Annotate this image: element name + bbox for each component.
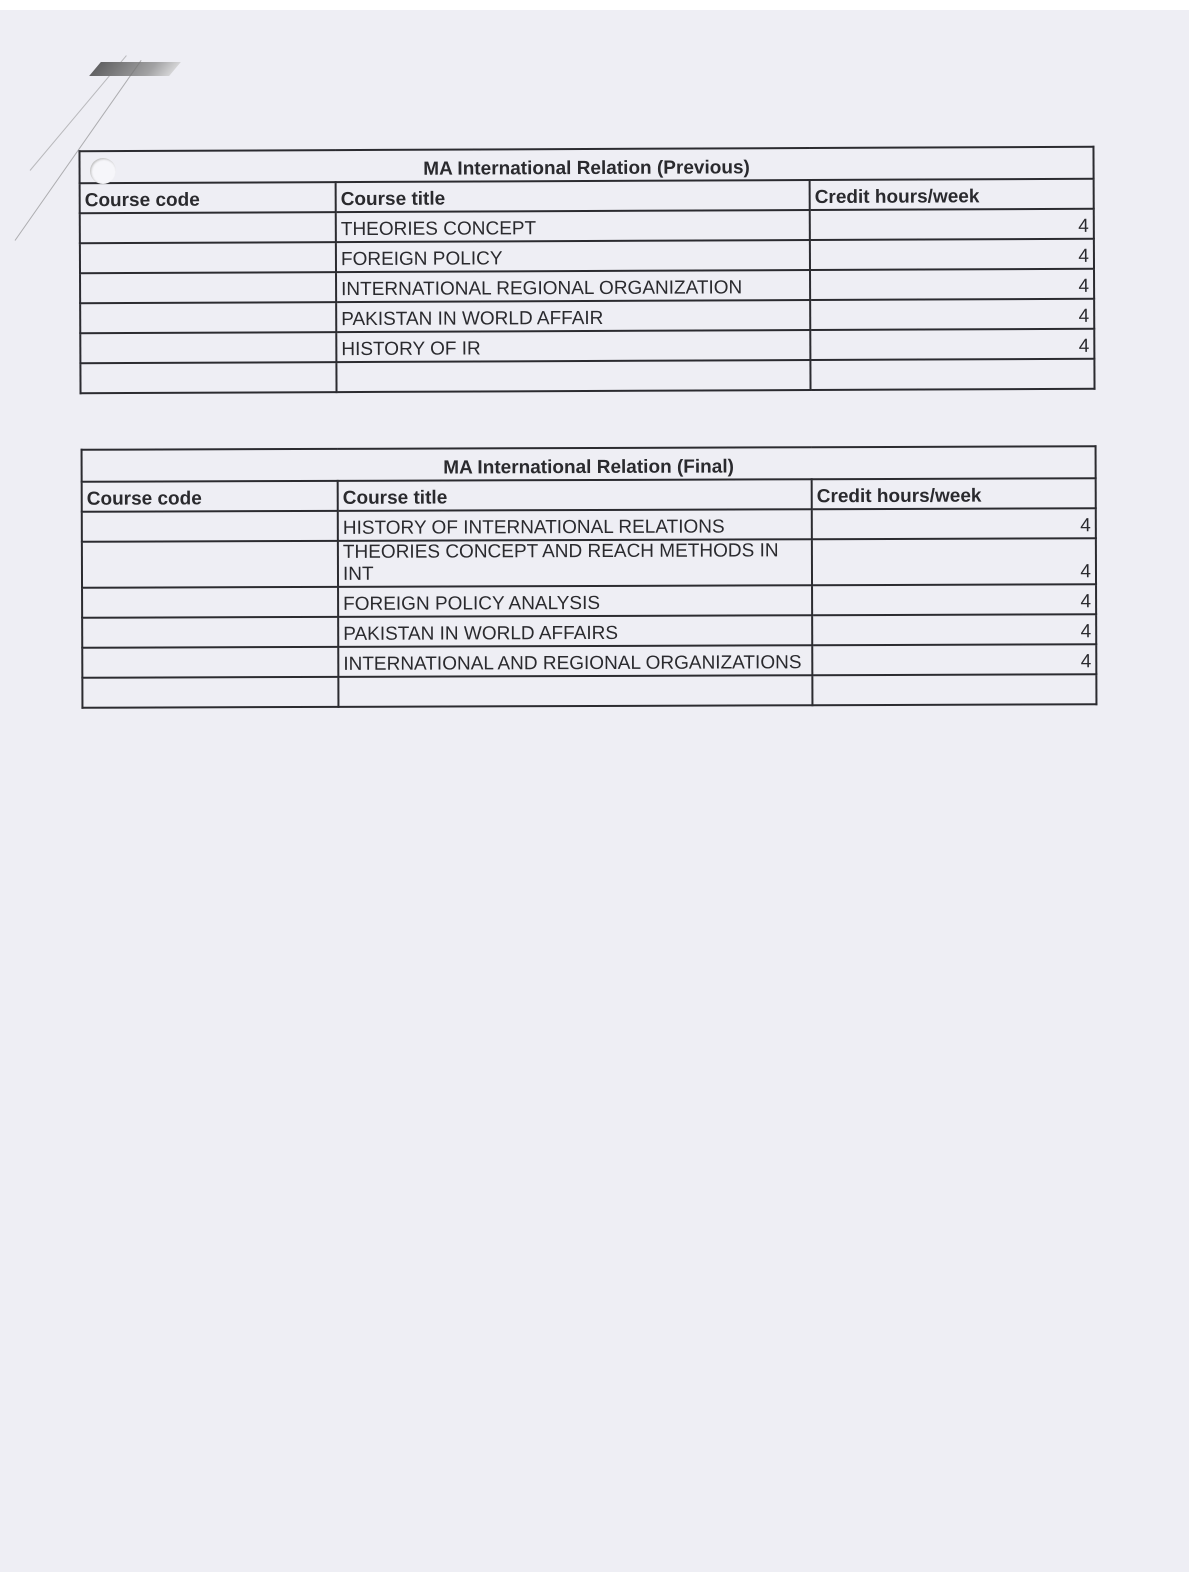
course-code-cell	[80, 272, 336, 303]
credit-hours-cell: 4	[812, 508, 1096, 539]
course-title-cell	[336, 360, 810, 392]
credit-hours-cell: 4	[812, 538, 1096, 585]
course-code-cell	[82, 617, 338, 648]
table-row	[80, 359, 1094, 393]
credit-hours-cell: 4	[810, 269, 1094, 300]
course-title-cell: INTERNATIONAL REGIONAL ORGANIZATION	[336, 270, 810, 302]
header-course-title: Course title	[336, 180, 810, 212]
table-row: PAKISTAN IN WORLD AFFAIRS 4	[82, 614, 1096, 648]
course-title-cell: FOREIGN POLICY ANALYSIS	[338, 585, 812, 617]
punch-hole	[90, 158, 116, 184]
course-title-cell: INTERNATIONAL AND REGIONAL ORGANIZATIONS	[338, 645, 812, 677]
header-credit-hours: Credit hours/week	[810, 179, 1094, 210]
course-table-final: MA International Relation (Final) Course…	[81, 445, 1098, 709]
course-code-cell	[82, 541, 338, 588]
course-title-cell	[338, 675, 812, 707]
credit-hours-cell: 4	[810, 329, 1094, 360]
table-row	[82, 674, 1096, 708]
course-code-cell	[80, 302, 336, 333]
table-row: PAKISTAN IN WORLD AFFAIR 4	[80, 299, 1094, 333]
table-body: MA International Relation (Final) Course…	[82, 446, 1097, 708]
credit-hours-cell: 4	[810, 209, 1094, 240]
table-title-row: MA International Relation (Final)	[82, 446, 1096, 482]
header-credit-hours: Credit hours/week	[812, 478, 1096, 509]
course-title-cell: HISTORY OF IR	[336, 330, 810, 362]
header-course-code: Course code	[80, 182, 336, 213]
course-code-cell	[82, 511, 338, 542]
credit-hours-cell: 4	[810, 299, 1094, 330]
course-title-cell: THEORIES CONCEPT AND REACH METHODS IN IN…	[338, 539, 812, 587]
course-code-cell	[82, 677, 338, 708]
table-row: FOREIGN POLICY ANALYSIS 4	[82, 584, 1096, 618]
credit-hours-cell: 4	[812, 584, 1096, 615]
course-title-cell: PAKISTAN IN WORLD AFFAIRS	[338, 615, 812, 647]
table-title: MA International Relation (Previous)	[79, 147, 1093, 183]
table-row: HISTORY OF IR 4	[80, 329, 1094, 363]
course-title-cell: HISTORY OF INTERNATIONAL RELATIONS	[338, 509, 812, 541]
course-title-cell: PAKISTAN IN WORLD AFFAIR	[336, 300, 810, 332]
course-title-cell: THEORIES CONCEPT	[336, 210, 810, 242]
table-body: MA International Relation (Previous) Cou…	[79, 147, 1094, 393]
course-code-cell	[82, 647, 338, 678]
table-row: FOREIGN POLICY 4	[80, 239, 1094, 273]
course-code-cell	[80, 212, 336, 243]
table-row: HISTORY OF INTERNATIONAL RELATIONS 4	[82, 508, 1096, 542]
table-header-row: Course code Course title Credit hours/we…	[82, 478, 1096, 512]
course-title-cell: FOREIGN POLICY	[336, 240, 810, 272]
table-row: INTERNATIONAL REGIONAL ORGANIZATION 4	[80, 269, 1094, 303]
credit-hours-cell: 4	[810, 239, 1094, 270]
table-title-row: MA International Relation (Previous)	[79, 147, 1093, 183]
header-course-title: Course title	[338, 479, 812, 511]
table-row: THEORIES CONCEPT 4	[80, 209, 1094, 243]
credit-hours-cell	[810, 359, 1094, 390]
credit-hours-cell	[812, 674, 1096, 705]
table-row: THEORIES CONCEPT AND REACH METHODS IN IN…	[82, 538, 1096, 588]
course-code-cell	[80, 242, 336, 273]
course-table-previous: MA International Relation (Previous) Cou…	[78, 146, 1095, 394]
credit-hours-cell: 4	[812, 614, 1096, 645]
course-code-cell	[80, 362, 336, 393]
scan-edge	[0, 0, 1189, 10]
course-code-cell	[82, 587, 338, 618]
credit-hours-cell: 4	[812, 644, 1096, 675]
header-course-code: Course code	[82, 481, 338, 512]
table-title: MA International Relation (Final)	[82, 446, 1096, 482]
table-row: INTERNATIONAL AND REGIONAL ORGANIZATIONS…	[82, 644, 1096, 678]
table-header-row: Course code Course title Credit hours/we…	[80, 179, 1094, 213]
course-code-cell	[80, 332, 336, 363]
